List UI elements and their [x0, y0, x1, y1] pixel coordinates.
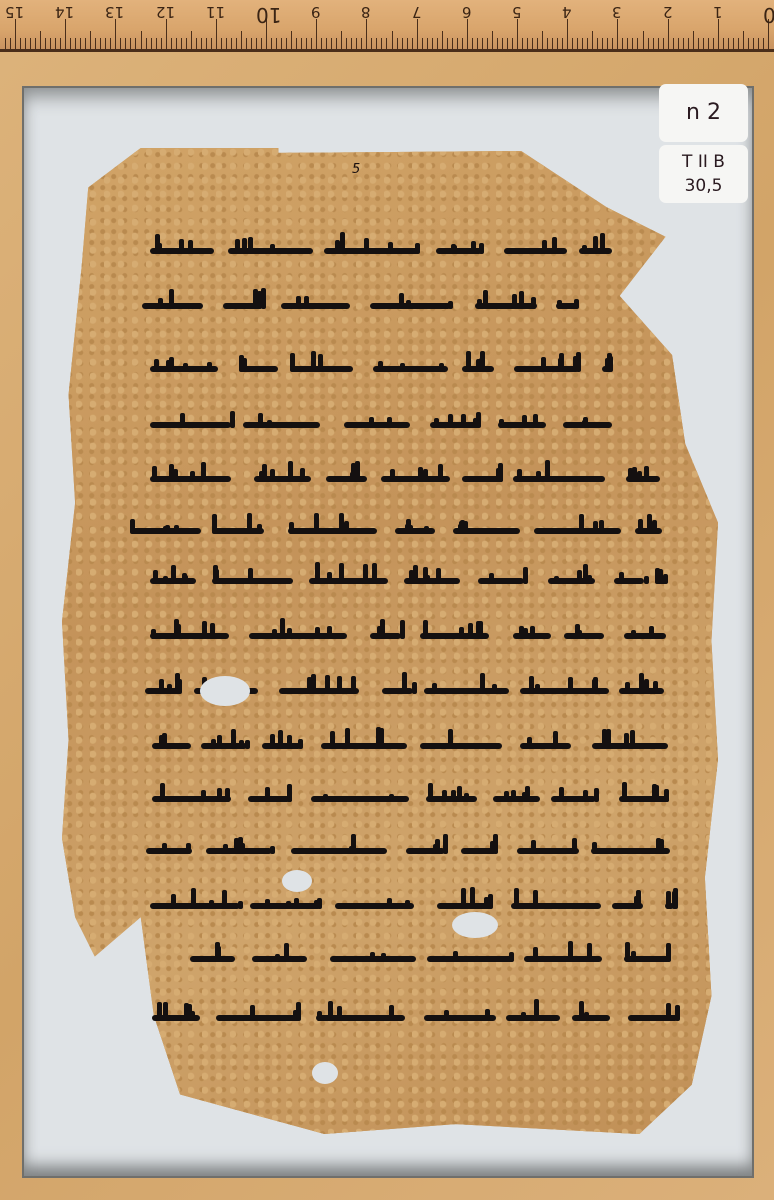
- ruler-tick: [658, 38, 659, 49]
- ruler-tick: [542, 31, 543, 49]
- ruler-tick: [246, 38, 247, 49]
- ruler-tick: [251, 38, 252, 49]
- ruler-tick: [256, 38, 257, 49]
- ruler-tick: [371, 38, 372, 49]
- script-line: [150, 625, 672, 643]
- ruler-number: 11: [206, 3, 225, 21]
- ruler-tick: [567, 19, 568, 49]
- script-line: [150, 468, 660, 486]
- ruler-tick: [65, 19, 66, 49]
- ruler-tick: [95, 38, 96, 49]
- script-line: [150, 358, 608, 376]
- ruler-tick: [457, 38, 458, 49]
- ruler-tick: [557, 38, 558, 49]
- ruler-tick: [100, 38, 101, 49]
- script-line: [152, 788, 668, 806]
- ruler-tick: [693, 31, 694, 49]
- ruler-tick: [196, 38, 197, 49]
- script-line: [142, 295, 578, 313]
- ruler-tick: [386, 38, 387, 49]
- ruler-number: 4: [562, 3, 572, 21]
- ruler-tick: [417, 19, 418, 49]
- ruler-tick: [366, 19, 367, 49]
- ruler-tick: [186, 38, 187, 49]
- ruler-tick: [482, 38, 483, 49]
- ruler-tick: [472, 38, 473, 49]
- ruler-tick: [55, 38, 56, 49]
- ruler-number: 12: [156, 3, 175, 21]
- ruler-tick: [462, 38, 463, 49]
- ruler-tick: [25, 38, 26, 49]
- ruler-tick: [432, 38, 433, 49]
- ruler-tick: [361, 38, 362, 49]
- ruler-tick: [402, 38, 403, 49]
- ruler-number: 3: [612, 3, 622, 21]
- ruler-tick: [321, 38, 322, 49]
- ruler-tick: [15, 19, 16, 49]
- script-line: [150, 240, 612, 258]
- ruler-tick: [40, 31, 41, 49]
- ruler-tick: [216, 19, 217, 49]
- ruler-tick: [597, 38, 598, 49]
- fragment-hole: [200, 676, 250, 706]
- ruler-tick: [166, 19, 167, 49]
- ruler-tick: [587, 38, 588, 49]
- ruler-tick: [602, 38, 603, 49]
- ruler-tick: [346, 38, 347, 49]
- script-line: [146, 840, 670, 858]
- ruler-tick: [336, 38, 337, 49]
- ruler-tick: [10, 38, 11, 49]
- ruler-tick: [176, 38, 177, 49]
- ruler-tick: [492, 31, 493, 49]
- ruler-tick: [617, 19, 618, 49]
- ruler-tick: [286, 38, 287, 49]
- ruler-number: 5: [512, 3, 522, 21]
- ruler-tick: [442, 31, 443, 49]
- script-line: [150, 414, 612, 432]
- script-line: [190, 948, 670, 966]
- ruler-tick: [291, 31, 292, 49]
- ruler-tick: [306, 38, 307, 49]
- signature-label: T II B 30,5: [659, 145, 748, 203]
- ruler-tick: [412, 38, 413, 49]
- ruler-tick: [376, 38, 377, 49]
- ruler-tick: [110, 38, 111, 49]
- ruler-tick: [125, 38, 126, 49]
- ruler-tick: [60, 38, 61, 49]
- fragment-hole: [312, 1062, 338, 1084]
- ruler-tick: [392, 31, 393, 49]
- ruler-tick: [281, 38, 282, 49]
- ruler-tick: [447, 38, 448, 49]
- ruler-tick: [341, 31, 342, 49]
- ruler-tick: [326, 38, 327, 49]
- ruler-tick: [75, 38, 76, 49]
- ruler-tick: [351, 38, 352, 49]
- ruler-tick: [632, 38, 633, 49]
- ruler-tick: [668, 19, 669, 49]
- ruler-tick: [105, 38, 106, 49]
- ruler-tick: [316, 19, 317, 49]
- ruler-tick: [70, 38, 71, 49]
- script-line: [152, 735, 668, 753]
- ruler-tick: [763, 38, 764, 49]
- shelf-label: n 2: [659, 84, 748, 142]
- ruler-tick: [577, 38, 578, 49]
- ruler-tick: [120, 38, 121, 49]
- ruler-tick: [612, 38, 613, 49]
- ruler-tick: [708, 38, 709, 49]
- ruler-tick: [206, 38, 207, 49]
- ruler-tick: [713, 38, 714, 49]
- measuring-ruler: 0123456789101112131415: [0, 0, 774, 52]
- ruler-tick: [673, 38, 674, 49]
- script-line: [130, 520, 662, 538]
- ruler-tick: [181, 38, 182, 49]
- ruler-number: 0: [763, 3, 774, 27]
- ruler-tick: [261, 38, 262, 49]
- ruler-tick: [301, 38, 302, 49]
- ruler-tick: [502, 38, 503, 49]
- ruler-tick: [562, 38, 563, 49]
- ruler-number: 9: [311, 3, 321, 21]
- ruler-tick: [146, 38, 147, 49]
- ruler-tick: [85, 38, 86, 49]
- ruler-tick: [397, 38, 398, 49]
- ruler-tick: [231, 38, 232, 49]
- ruler-tick: [477, 38, 478, 49]
- ruler-tick: [356, 38, 357, 49]
- ruler-tick: [191, 31, 192, 49]
- ruler-tick: [607, 38, 608, 49]
- ruler-number: 8: [361, 3, 371, 21]
- ruler-tick: [90, 31, 91, 49]
- ruler-tick: [422, 38, 423, 49]
- signature-line-2: 30,5: [659, 174, 748, 198]
- ruler-tick: [497, 38, 498, 49]
- ruler-tick: [552, 38, 553, 49]
- ruler-tick: [487, 38, 488, 49]
- ruler-tick: [381, 38, 382, 49]
- ruler-number: 15: [5, 3, 24, 21]
- script-line: [150, 570, 668, 588]
- ruler-tick: [758, 38, 759, 49]
- ruler-tick: [537, 38, 538, 49]
- ruler-tick: [226, 38, 227, 49]
- ruler-tick: [728, 38, 729, 49]
- ruler-tick: [35, 38, 36, 49]
- ruler-tick: [643, 31, 644, 49]
- ruler-tick: [723, 38, 724, 49]
- ruler-tick: [582, 38, 583, 49]
- ruler-tick: [331, 38, 332, 49]
- ruler-tick: [688, 38, 689, 49]
- ruler-tick: [663, 38, 664, 49]
- ruler-tick: [271, 38, 272, 49]
- ruler-tick: [141, 31, 142, 49]
- ruler-tick: [452, 38, 453, 49]
- ruler-tick: [547, 38, 548, 49]
- ruler-tick: [512, 38, 513, 49]
- ruler-tick: [683, 38, 684, 49]
- script-line: [152, 1007, 678, 1025]
- ruler-tick: [311, 38, 312, 49]
- ruler-number: 10: [256, 3, 281, 27]
- ruler-tick: [653, 38, 654, 49]
- ruler-number: 2: [663, 3, 673, 21]
- ruler-tick: [467, 19, 468, 49]
- ruler-number: 6: [462, 3, 472, 21]
- ruler-tick: [437, 38, 438, 49]
- ruler-number: 7: [412, 3, 422, 21]
- ruler-tick: [637, 38, 638, 49]
- ruler-number: 14: [55, 3, 74, 21]
- ruler-tick: [171, 38, 172, 49]
- ruler-tick: [522, 38, 523, 49]
- ruler-tick: [703, 38, 704, 49]
- ruler-tick: [161, 38, 162, 49]
- fragment-hole: [452, 912, 498, 938]
- ruler-tick: [678, 38, 679, 49]
- ruler-tick: [115, 19, 116, 49]
- ruler-tick: [532, 38, 533, 49]
- ruler-tick: [276, 38, 277, 49]
- ruler-tick: [135, 38, 136, 49]
- ruler-tick: [698, 38, 699, 49]
- ruler-tick: [296, 38, 297, 49]
- ruler-tick: [572, 38, 573, 49]
- ruler-tick: [5, 38, 6, 49]
- ruler-tick: [151, 38, 152, 49]
- ruler-tick: [718, 19, 719, 49]
- ruler-tick: [517, 19, 518, 49]
- ruler-tick: [743, 31, 744, 49]
- ruler-tick: [201, 38, 202, 49]
- ruler-tick: [20, 38, 21, 49]
- ruler-tick: [738, 38, 739, 49]
- ruler-number: 1: [713, 3, 723, 21]
- ruler-tick: [733, 38, 734, 49]
- ruler-tick: [748, 38, 749, 49]
- ruler-tick: [236, 38, 237, 49]
- ruler-tick: [407, 38, 408, 49]
- ruler-tick: [45, 38, 46, 49]
- ruler-number: 13: [105, 3, 124, 21]
- signature-line-1: T II B: [659, 150, 748, 174]
- ruler-tick: [241, 31, 242, 49]
- ruler-tick: [427, 38, 428, 49]
- ruler-tick: [50, 38, 51, 49]
- fragment-hole: [282, 870, 312, 892]
- folio-number: 5: [352, 162, 360, 177]
- ruler-tick: [648, 38, 649, 49]
- ruler-tick: [156, 38, 157, 49]
- ruler-tick: [622, 38, 623, 49]
- script-line: [150, 895, 674, 913]
- ruler-tick: [80, 38, 81, 49]
- ruler-tick: [527, 38, 528, 49]
- ruler-tick: [592, 31, 593, 49]
- ruler-tick: [507, 38, 508, 49]
- ruler-tick: [753, 38, 754, 49]
- ruler-tick: [627, 38, 628, 49]
- ruler-tick: [221, 38, 222, 49]
- ruler-tick: [30, 38, 31, 49]
- ruler-tick: [130, 38, 131, 49]
- ruler-tick: [211, 38, 212, 49]
